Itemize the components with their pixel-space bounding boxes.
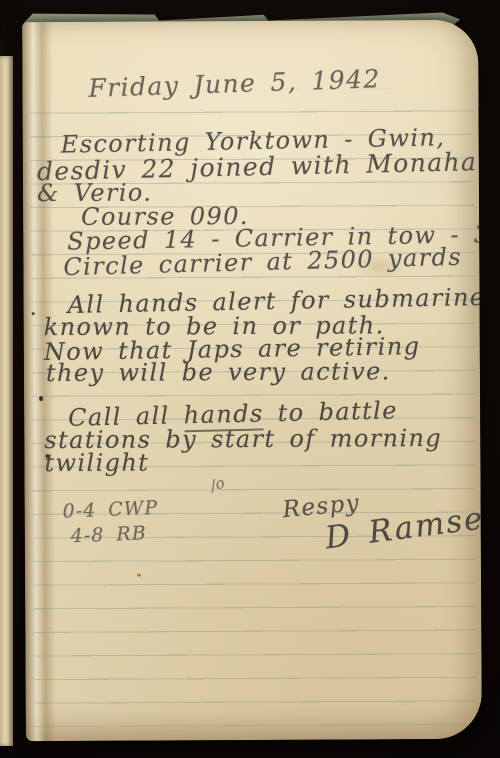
page-stack-edge — [0, 56, 13, 746]
paper-speck — [32, 312, 35, 315]
paper-speck — [45, 454, 49, 458]
battle-line-post: to battle — [263, 396, 398, 427]
handwritten-line: & Verio. — [37, 181, 152, 206]
watch-note: 4-8 RB — [70, 524, 147, 546]
notebook-photo: Friday June 5, 1942 Escorting Yorktown -… — [0, 0, 500, 758]
paper-speck — [137, 574, 141, 577]
diary-page: Friday June 5, 1942 Escorting Yorktown -… — [22, 20, 482, 741]
handwritten-line: they will be very active. — [46, 359, 391, 385]
handwritten-line: twilight — [44, 451, 149, 476]
paper-speck — [39, 396, 43, 401]
watch-note: 0-4 CWP — [62, 499, 158, 522]
